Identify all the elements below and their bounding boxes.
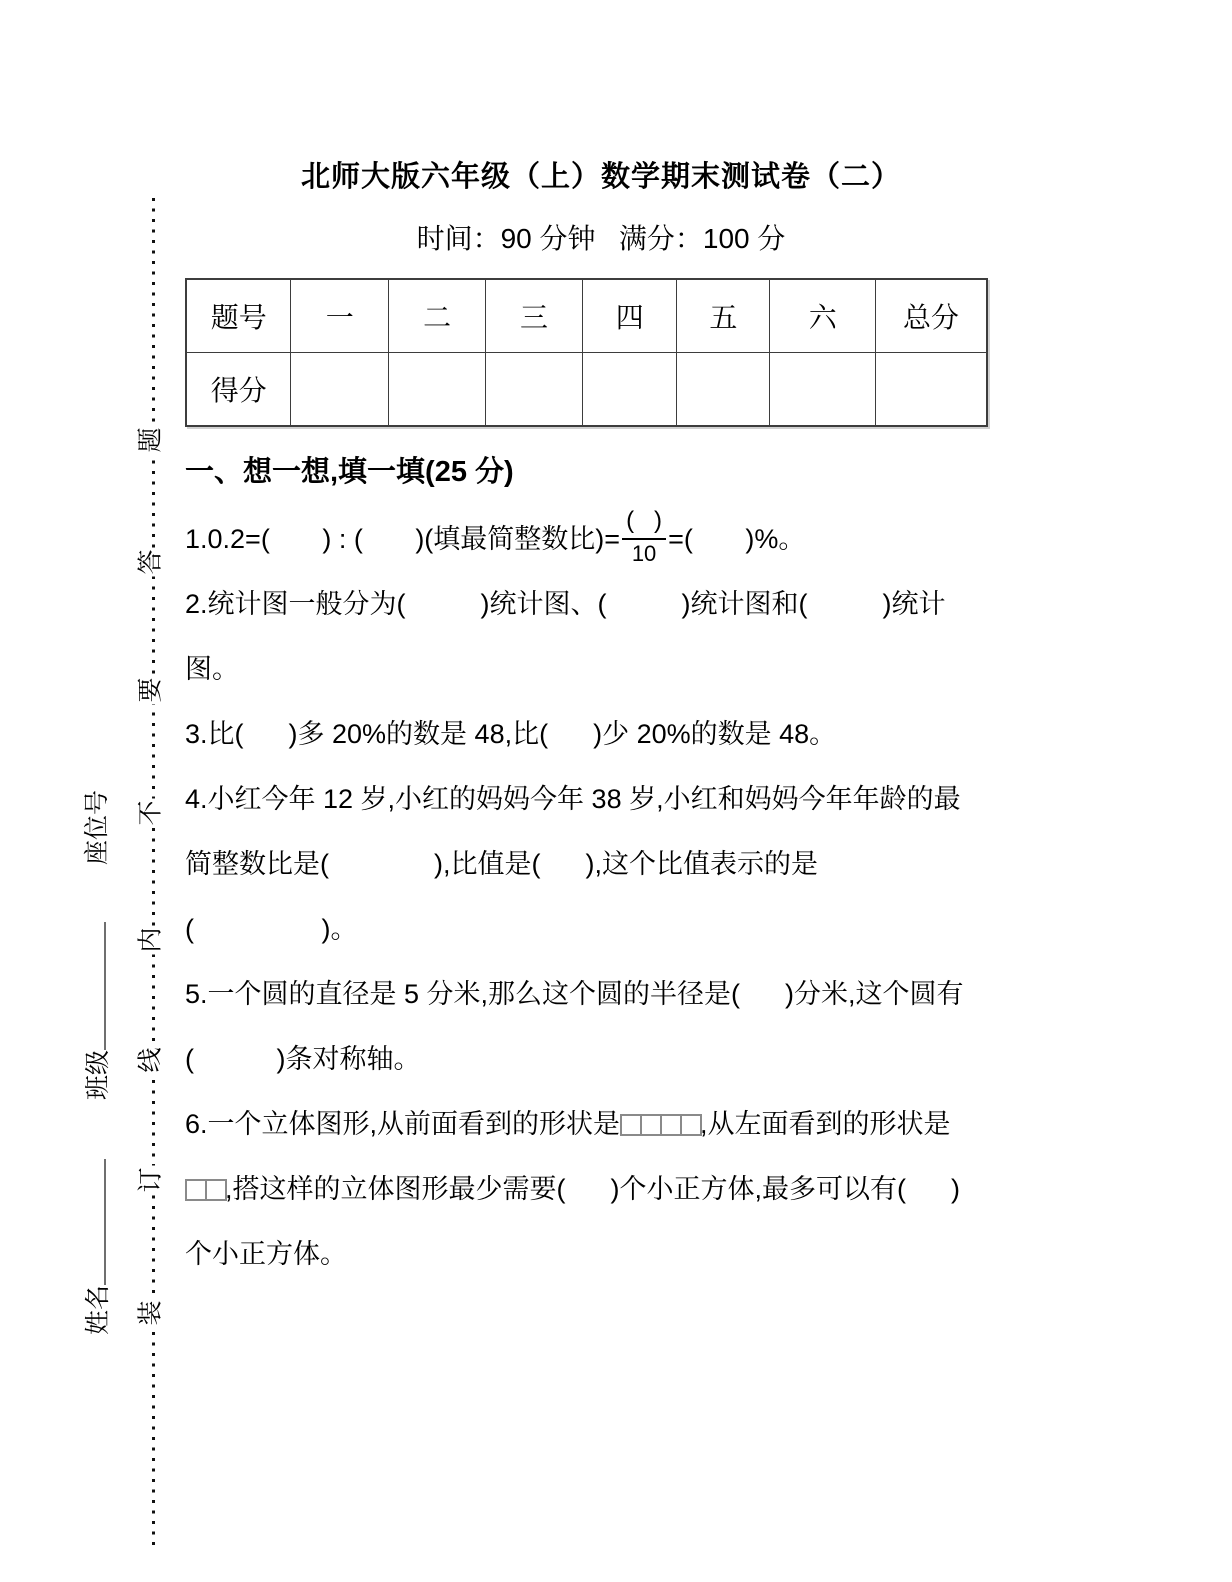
binding-char: 线 xyxy=(136,1045,167,1074)
q1-text-after: =( )%。 xyxy=(668,524,805,554)
q5-line-1: 5.一个圆的直径是 5 分米,那么这个圆的半径是( )分米,这个圆有 xyxy=(185,962,1017,1027)
score-table-header-cell: 二 xyxy=(389,279,486,353)
binding-char: 订 xyxy=(136,1165,167,1194)
score-table-header-cell: 一 xyxy=(291,279,389,353)
q1-text-before: 1.0.2=( ) : ( )(填最简整数比)= xyxy=(185,524,620,554)
binding-char: 题 xyxy=(136,425,167,454)
q6-text-3: ,搭这样的立体图形最少需要( )个小正方体,最多可以有( ) xyxy=(225,1174,960,1204)
question-3: 3.比( )多 20%的数是 48,比( )少 20%的数是 48。 xyxy=(185,702,1017,767)
score-table-header-cell: 四 xyxy=(582,279,677,353)
q6-text-1: 6.一个立体图形,从前面看到的形状是 xyxy=(185,1109,620,1139)
score-input-cell xyxy=(876,353,987,427)
name-label: 姓名 xyxy=(84,1285,112,1335)
square-cell xyxy=(205,1179,227,1201)
question-6: 6.一个立体图形,从前面看到的形状是,从左面看到的形状是 ,搭这样的立体图形最少… xyxy=(185,1092,1017,1287)
score-table-header-cell: 三 xyxy=(486,279,583,353)
class-field: 班级 xyxy=(82,912,112,1100)
square-cell xyxy=(660,1114,682,1136)
score-table: 题号 一 二 三 四 五 六 总分 得分 xyxy=(185,278,988,427)
section-1-heading: 一、想一想,填一填(25 分) xyxy=(185,453,1017,491)
score-input-cell xyxy=(770,353,876,427)
q4-line-3: ( )。 xyxy=(185,897,1017,962)
fraction: ( )10 xyxy=(622,506,666,567)
square-cell xyxy=(640,1114,662,1136)
q4-line-1: 4.小红今年 12 岁,小红的妈妈今年 38 岁,小红和妈妈今年年龄的最 xyxy=(185,767,1017,832)
question-5: 5.一个圆的直径是 5 分米,那么这个圆的半径是( )分米,这个圆有 ( )条对… xyxy=(185,962,1017,1092)
question-2: 2.统计图一般分为( )统计图、( )统计图和( )统计 图。 xyxy=(185,572,1017,702)
class-blank-line xyxy=(82,922,106,1050)
score-table-header-cell: 六 xyxy=(770,279,876,353)
score-label-cell: 得分 xyxy=(186,353,291,427)
q6-line-3: 个小正方体。 xyxy=(185,1222,1017,1287)
binding-char: 装 xyxy=(136,1298,167,1327)
score-input-cell xyxy=(291,353,389,427)
score-table-header-cell: 五 xyxy=(677,279,770,353)
score-input-cell xyxy=(677,353,770,427)
question-4: 4.小红今年 12 岁,小红的妈妈今年 38 岁,小红和妈妈今年年龄的最 简整数… xyxy=(185,767,1017,962)
question-1: 1.0.2=( ) : ( )(填最简整数比)=( )10=( )%。 xyxy=(185,507,1017,572)
page-title: 北师大版六年级（上）数学期末测试卷（二） xyxy=(185,158,1017,196)
exam-content: 北师大版六年级（上）数学期末测试卷（二） 时间：90 分钟 满分：100 分 题… xyxy=(185,158,1017,1287)
score-table-header-row: 题号 一 二 三 四 五 六 总分 xyxy=(186,279,987,353)
score-input-cell xyxy=(582,353,677,427)
binding-char: 不 xyxy=(136,798,167,827)
front-view-squares-icon xyxy=(620,1114,700,1136)
left-view-squares-icon xyxy=(185,1179,225,1201)
q5-line-2: ( )条对称轴。 xyxy=(185,1027,1017,1092)
fraction-numerator: ( ) xyxy=(622,506,666,540)
score-table-header-cell: 题号 xyxy=(186,279,291,353)
exam-time-score: 时间：90 分钟 满分：100 分 xyxy=(185,222,1017,256)
score-input-cell xyxy=(389,353,486,427)
name-field: 姓名 xyxy=(82,1145,112,1335)
seat-number-label: 座位号 xyxy=(82,775,112,865)
q6-text-2: ,从左面看到的形状是 xyxy=(700,1109,951,1139)
q6-line-2: ,搭这样的立体图形最少需要( )个小正方体,最多可以有( ) xyxy=(185,1157,1017,1222)
q2-line-2: 图。 xyxy=(185,637,1017,702)
exam-paper: 题 答 要 不 内 线 订 装 座位号 班级 姓名 北师大版六年级（上）数学期末… xyxy=(0,0,1232,1582)
q4-line-2: 简整数比是( ),比值是( ),这个比值表示的是 xyxy=(185,832,1017,897)
binding-char: 答 xyxy=(136,547,167,576)
binding-dotted-line xyxy=(152,198,155,1548)
score-input-cell xyxy=(486,353,583,427)
binding-char: 内 xyxy=(136,925,167,954)
q2-line-1: 2.统计图一般分为( )统计图、( )统计图和( )统计 xyxy=(185,572,1017,637)
question-list: 1.0.2=( ) : ( )(填最简整数比)=( )10=( )%。 2.统计… xyxy=(185,507,1017,1287)
square-cell xyxy=(185,1179,207,1201)
square-cell xyxy=(620,1114,642,1136)
q6-line-1: 6.一个立体图形,从前面看到的形状是,从左面看到的形状是 xyxy=(185,1092,1017,1157)
fraction-denominator: 10 xyxy=(632,540,656,567)
binding-char: 要 xyxy=(136,675,167,704)
square-cell xyxy=(680,1114,702,1136)
score-table-score-row: 得分 xyxy=(186,353,987,427)
class-label: 班级 xyxy=(84,1050,112,1100)
score-table-header-cell: 总分 xyxy=(876,279,987,353)
name-blank-line xyxy=(82,1159,106,1285)
